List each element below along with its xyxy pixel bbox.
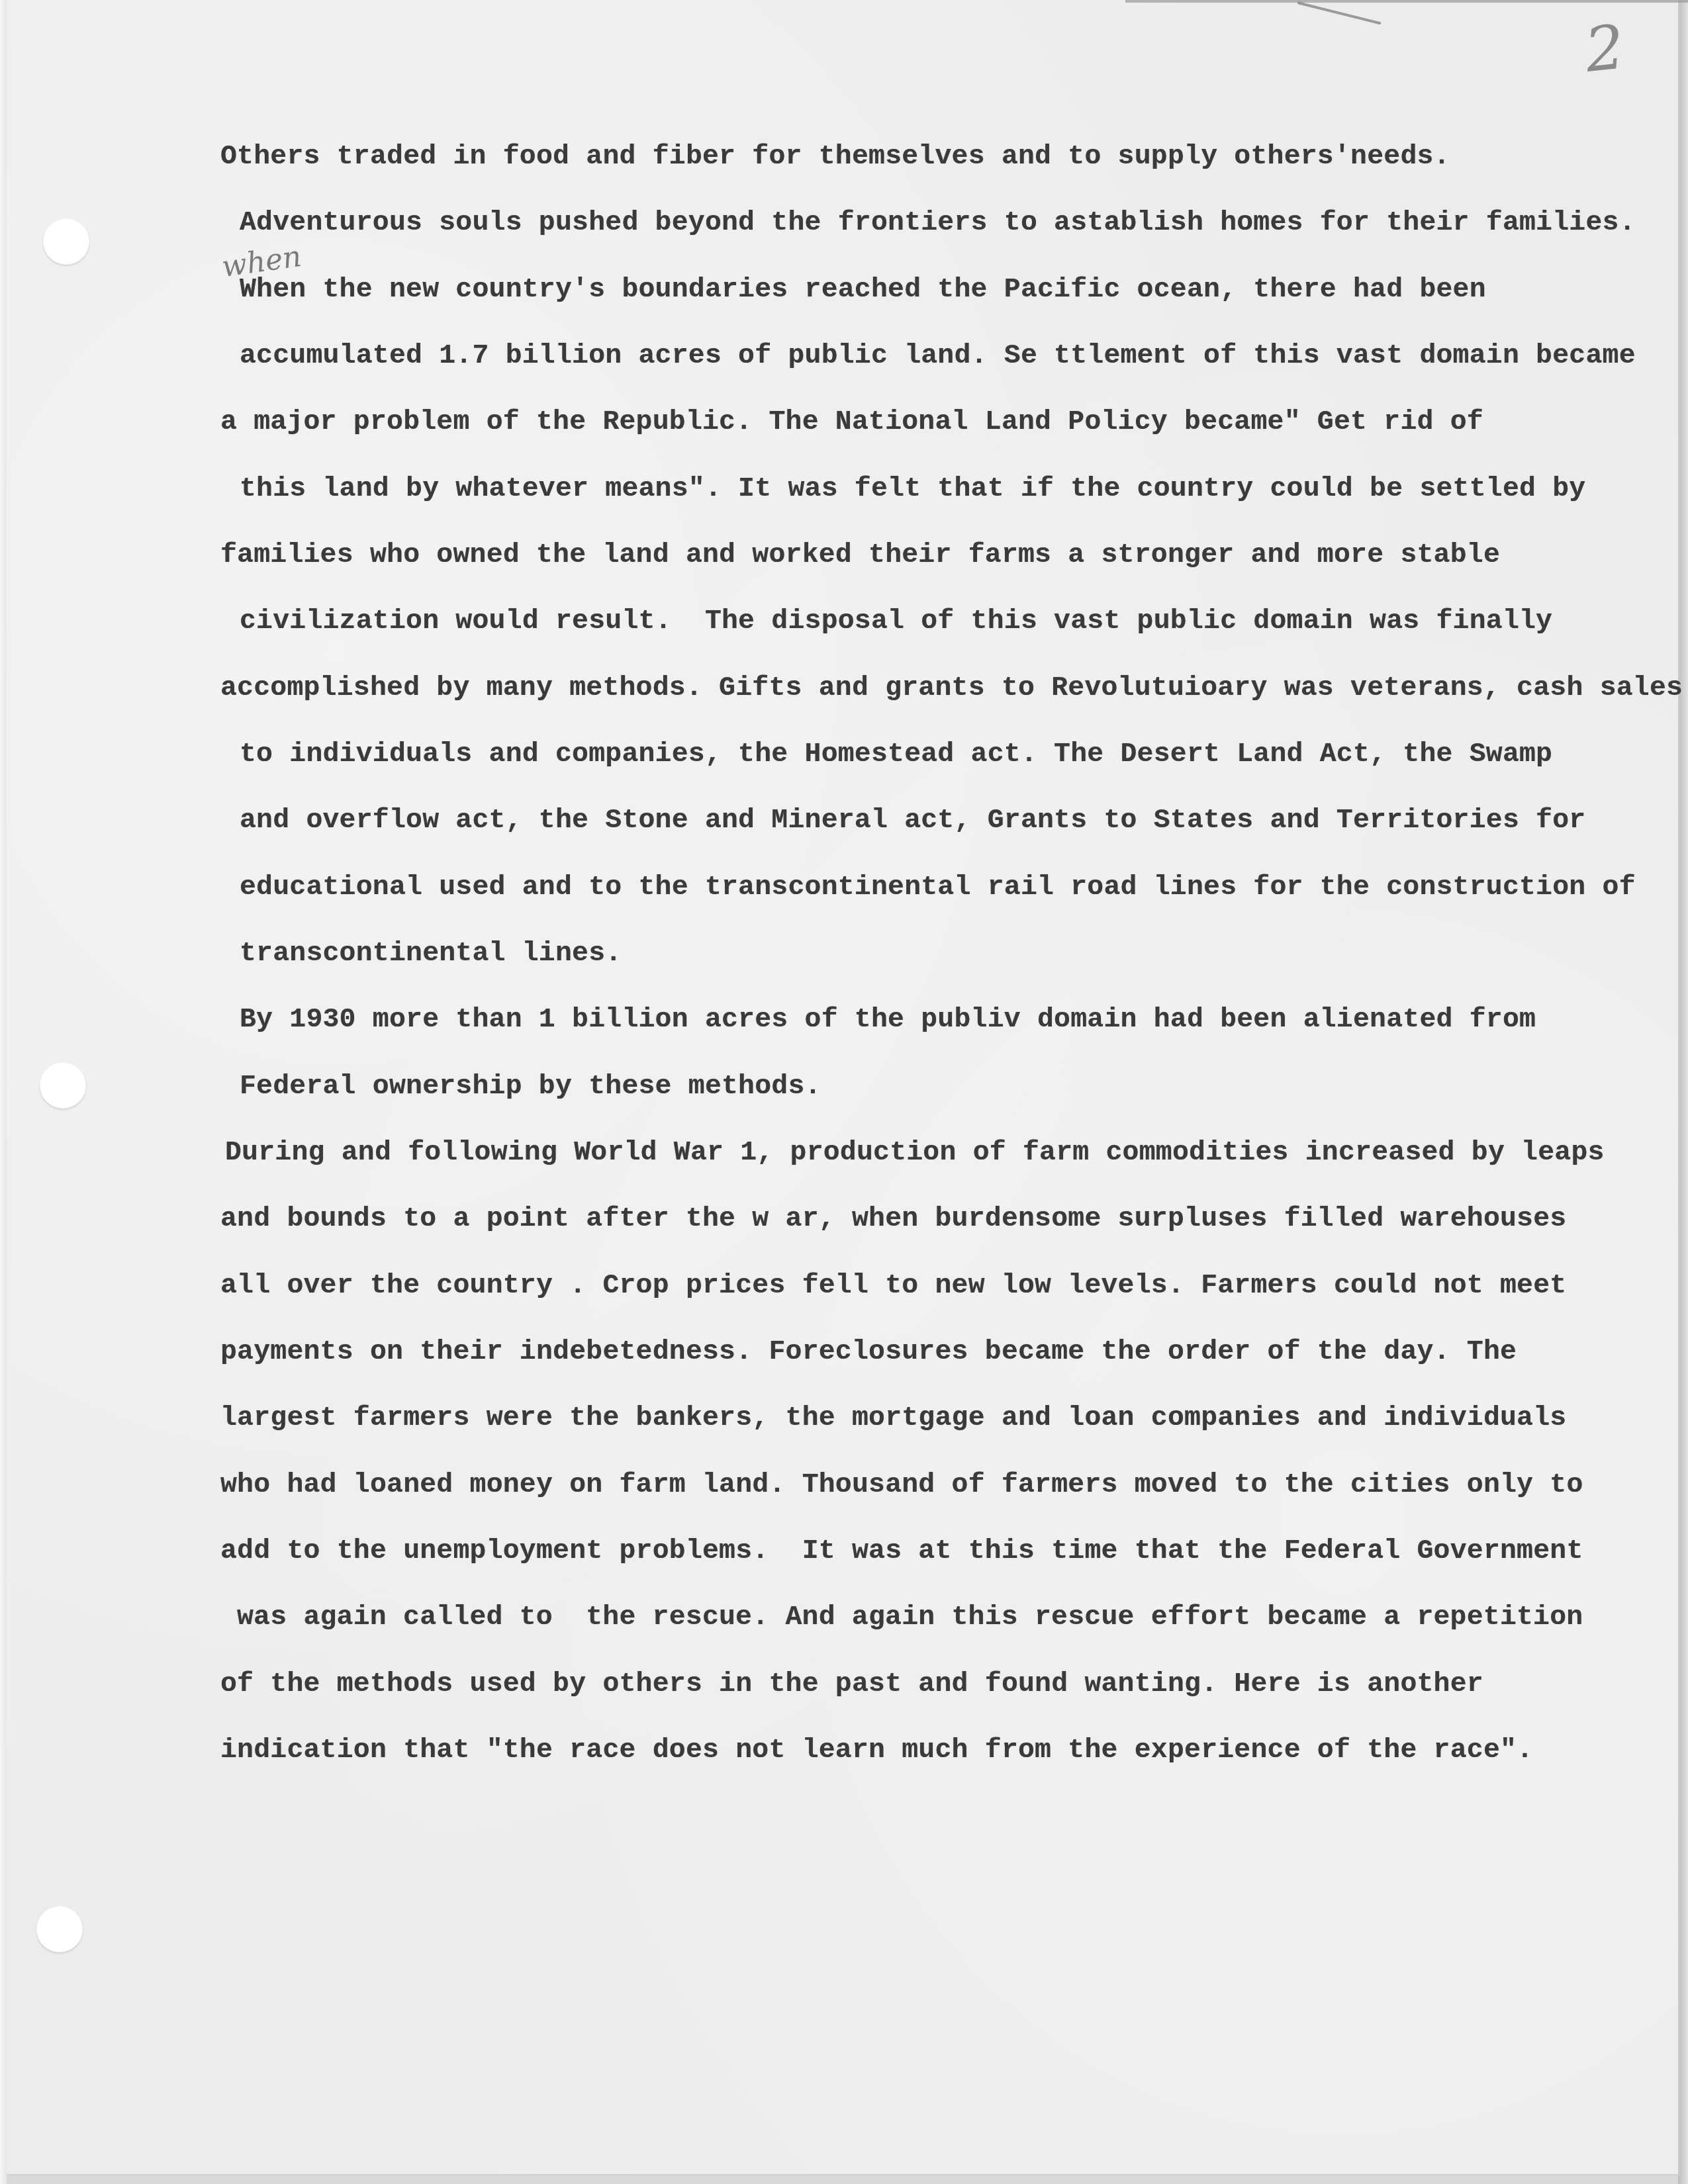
text-line: Others traded in food and fiber for them…: [220, 140, 1450, 173]
text-line: accomplished by many methods. Gifts and …: [220, 672, 1683, 705]
text-line: indication that "the race does not learn…: [220, 1734, 1533, 1767]
text-line: educational used and to the transcontine…: [240, 871, 1636, 904]
page-left-edge: [0, 0, 7, 2184]
page-top-edge: [1125, 0, 1688, 3]
text-line: By 1930 more than 1 billion acres of the…: [240, 1003, 1536, 1036]
text-line: transcontinental lines.: [240, 937, 622, 970]
text-line: largest farmers were the bankers, the mo…: [220, 1402, 1566, 1435]
text-line: of the methods used by others in the pas…: [220, 1668, 1483, 1701]
text-line: this land by whatever means". It was fel…: [240, 473, 1585, 506]
text-line: families who owned the land and worked t…: [220, 539, 1500, 572]
text-line: to individuals and companies, the Homest…: [240, 738, 1552, 771]
punch-hole-top: [43, 218, 89, 265]
text-line: civilization would result. The disposal …: [240, 605, 1552, 638]
text-line: add to the unemployment problems. It was…: [220, 1535, 1583, 1568]
text-line: accumulated 1.7 billion acres of public …: [240, 340, 1636, 373]
text-line: a major problem of the Republic. The Nat…: [220, 406, 1483, 439]
text-line: was again called to the rescue. And agai…: [237, 1601, 1583, 1634]
typewritten-page: 2 when Others traded in food and fiber f…: [0, 0, 1680, 2175]
text-line: When the new country's boundaries reache…: [240, 273, 1486, 306]
text-line: During and following World War 1, produc…: [225, 1136, 1605, 1169]
pencil-mark: [1297, 1, 1382, 24]
punch-hole-middle: [40, 1062, 86, 1109]
punch-hole-bottom: [36, 1906, 83, 1952]
text-line: payments on their indebetedness. Foreclo…: [220, 1336, 1517, 1369]
page-number: 2: [1582, 11, 1628, 86]
text-line: who had loaned money on farm land. Thous…: [220, 1469, 1583, 1502]
text-line: and overflow act, the Stone and Mineral …: [240, 804, 1585, 837]
text-line: Federal ownership by these methods.: [240, 1070, 821, 1103]
text-line: all over the country . Crop prices fell …: [220, 1269, 1566, 1302]
text-line: Adventurous souls pushed beyond the fron…: [240, 206, 1636, 240]
text-line: and bounds to a point after the w ar, wh…: [220, 1203, 1566, 1236]
